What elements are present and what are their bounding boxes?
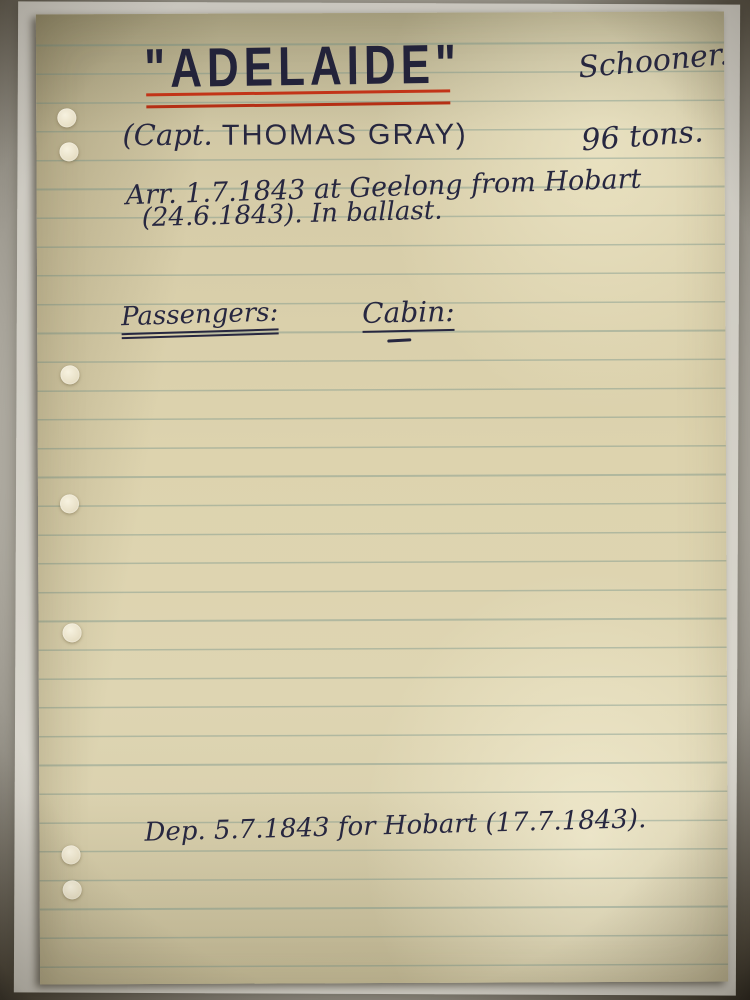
arrival-line-2: (24.6.1843). In ballast.	[141, 198, 442, 233]
red-double-underline	[146, 89, 450, 108]
departure-line: Dep. 5.7.1843 for Hobart (17.7.1843).	[144, 806, 646, 847]
punch-hole	[59, 142, 78, 161]
cabin-dash-mark	[387, 338, 411, 342]
captain-name: THOMAS GRAY)	[222, 119, 468, 152]
notebook-page: "ADELAIDE" Schooner. (Capt. THOMAS GRAY)…	[36, 12, 728, 985]
punch-hole	[62, 845, 81, 864]
punch-hole	[63, 623, 82, 642]
punch-hole	[60, 494, 79, 513]
punch-hole	[63, 880, 82, 899]
cabin-heading: Cabin:	[362, 297, 455, 333]
punch-hole	[60, 365, 79, 384]
vessel-type: Schooner.	[577, 39, 728, 84]
punch-hole	[57, 108, 76, 127]
photo-of-document: "ADELAIDE" Schooner. (Capt. THOMAS GRAY)…	[0, 0, 750, 1000]
passengers-heading: Passengers:	[121, 299, 279, 339]
captain-line: (Capt. THOMAS GRAY)	[122, 119, 467, 152]
captain-prefix: (Capt.	[122, 118, 212, 152]
tonnage: 96 tons.	[580, 116, 704, 156]
